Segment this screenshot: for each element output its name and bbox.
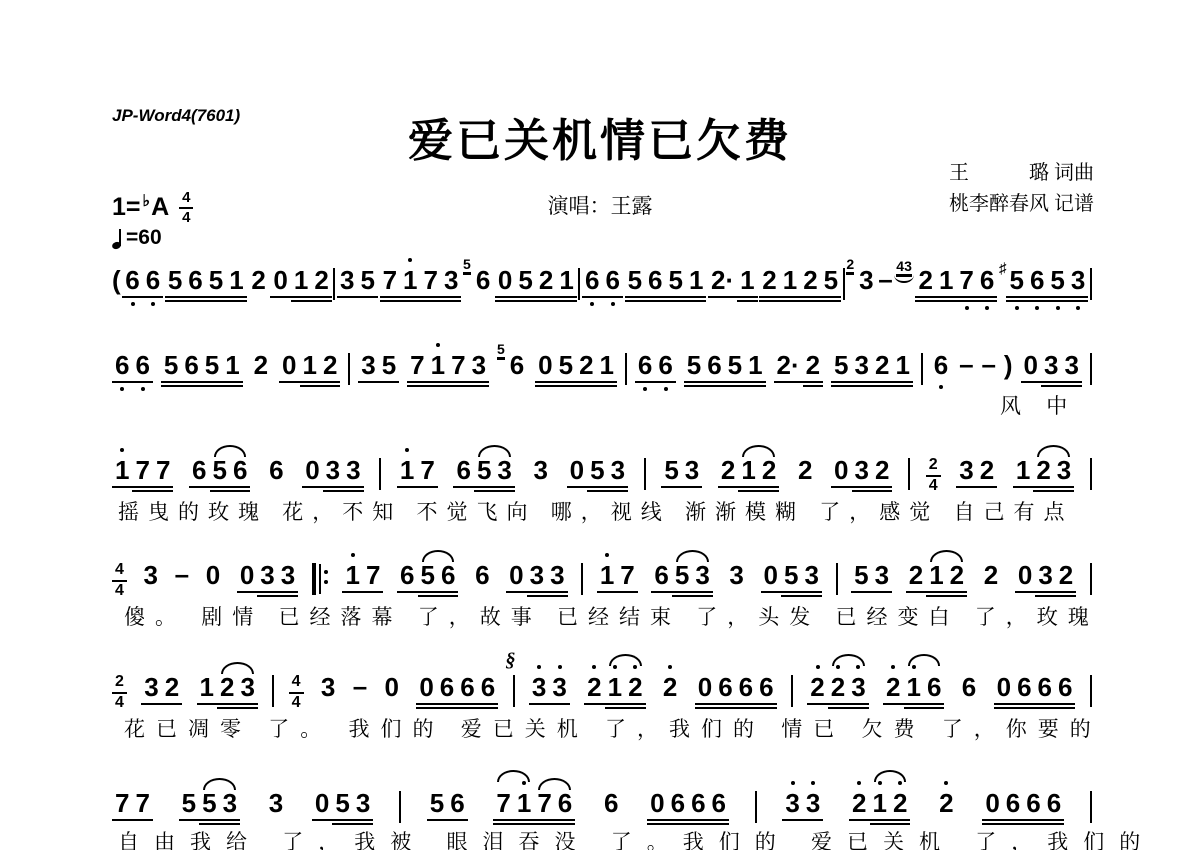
note-group: 2176 xyxy=(915,266,997,294)
note-digit: 3 xyxy=(848,673,868,701)
note-group: 3 xyxy=(531,456,551,484)
note-digit: 0 xyxy=(302,456,322,484)
note-digit: 6 xyxy=(132,351,152,379)
notation-line-3: 17765660331765330535321220322432123 xyxy=(112,436,1092,495)
note-digit: 6 xyxy=(977,266,997,294)
note-group: 32 xyxy=(956,456,997,484)
note: 3 xyxy=(318,673,338,701)
note-group: 2 xyxy=(981,561,1001,589)
note: 7 xyxy=(417,456,437,484)
note-digit: 5 xyxy=(831,351,851,379)
note: 1 xyxy=(780,266,800,294)
note-digit: 0 xyxy=(535,351,555,379)
note-group: 17 xyxy=(342,561,383,589)
note-group: 0666 xyxy=(416,673,498,701)
note-digit: 0 xyxy=(495,266,515,294)
octave-dot-high xyxy=(816,665,820,669)
credit-words-music: 王 璐 词曲 xyxy=(949,158,1094,189)
note-digit: 3 xyxy=(726,561,746,589)
note: 56 xyxy=(497,351,527,379)
note-digit: 1 xyxy=(737,266,757,294)
note-digit: 3 xyxy=(1035,561,1055,589)
note-digit: 1 xyxy=(745,351,765,379)
note-digit: 6 xyxy=(457,673,477,701)
octave-dot-low xyxy=(611,302,615,306)
note: 6 xyxy=(645,266,665,294)
note: 0 xyxy=(270,266,290,294)
note-digit: 6 xyxy=(266,456,286,484)
note-digit: 1 xyxy=(780,266,800,294)
note: 3 xyxy=(692,561,712,589)
octave-dot-low xyxy=(643,387,647,391)
lyrics-line-3: 傻。 剧情 已经落幕 了，故事 已经结束 了，头发 已经变白 了，玫瑰 xyxy=(124,601,1099,631)
note-digit: 1 xyxy=(197,673,217,701)
note: 1 xyxy=(605,673,625,701)
note-group: 3 xyxy=(318,673,338,701)
note: 6 xyxy=(453,456,473,484)
note: 6 xyxy=(655,351,675,379)
parenthesis: ( xyxy=(112,266,121,294)
note: 3 xyxy=(872,561,892,589)
note: 1 xyxy=(222,351,242,379)
octave-dot-high xyxy=(898,781,902,785)
slur: 56 xyxy=(210,456,251,484)
note: 5 xyxy=(781,561,801,589)
note-digit: 3 xyxy=(343,456,363,484)
barline xyxy=(348,353,350,385)
note-group: ♯5653 xyxy=(999,266,1088,294)
note-digit: 6 xyxy=(756,673,776,701)
note: 6 xyxy=(977,266,997,294)
note-group: 56 xyxy=(427,789,468,817)
note-group: 123 xyxy=(197,673,258,701)
note: 0 xyxy=(761,561,781,589)
note: 0 xyxy=(302,456,322,484)
note: 5 xyxy=(625,266,645,294)
note: 3 xyxy=(353,789,373,817)
note-digit: 2 xyxy=(872,456,892,484)
note-digit: 3 xyxy=(531,456,551,484)
note: 0 xyxy=(382,673,402,701)
note-group: 7173 xyxy=(407,351,489,379)
note-group: 2 xyxy=(251,351,271,379)
note: 3 xyxy=(803,789,823,817)
note-digit: 3 xyxy=(141,673,161,701)
note: 3 xyxy=(529,673,549,701)
note: 6 xyxy=(709,789,729,817)
time-signature-top: 4 xyxy=(112,562,127,582)
note-digit: 2 xyxy=(576,351,596,379)
note-group: 212 xyxy=(849,789,910,817)
note-digit: 1 xyxy=(605,673,625,701)
note-digit: 5 xyxy=(672,561,692,589)
slur: 53 xyxy=(199,789,240,817)
note-group: 653 xyxy=(453,456,514,484)
note-digit: 3 xyxy=(856,266,876,294)
note-digit: 6 xyxy=(736,673,756,701)
note-digit: 5 xyxy=(206,266,226,294)
note-digit: 3 xyxy=(353,789,373,817)
note: 2 xyxy=(625,673,645,701)
note-group: 033 xyxy=(506,561,567,589)
note-group: 56 xyxy=(463,266,493,294)
note-digit: 6 xyxy=(112,351,132,379)
barline xyxy=(791,675,793,707)
note-digit: 3 xyxy=(266,789,286,817)
note-digit: 6 xyxy=(645,266,665,294)
note-digit: 1 xyxy=(291,266,311,294)
octave-dot-high xyxy=(944,781,948,785)
octave-dot-low xyxy=(141,387,145,391)
note: 2 xyxy=(936,789,956,817)
note-group: 66 xyxy=(582,266,623,294)
note-digit: 7 xyxy=(448,351,468,379)
note: 3 xyxy=(343,456,363,484)
lyrics-line-2: 摇曳的玫瑰 花，不知 不觉飞向 哪，视线 渐渐模糊 了，感觉 自己有点 xyxy=(118,496,1074,526)
note-digit: 6 xyxy=(655,351,675,379)
note: 5 xyxy=(418,561,438,589)
octave-dot-high xyxy=(668,665,672,669)
segno-icon: § xyxy=(506,649,516,672)
note: 6 xyxy=(112,351,132,379)
note: 3 xyxy=(848,673,868,701)
note: 3 xyxy=(531,456,551,484)
note: 3 xyxy=(257,561,277,589)
note: 2 xyxy=(718,456,738,484)
note: 7 xyxy=(956,266,976,294)
note: 0 xyxy=(982,789,1002,817)
note: 23 xyxy=(846,266,876,294)
note-group: 32 xyxy=(141,673,182,701)
note-group: 2 xyxy=(936,789,956,817)
note-digit: 3 xyxy=(852,456,872,484)
note-digit: 5 xyxy=(851,561,871,589)
note-digit: 0 xyxy=(279,351,299,379)
note-digit: 5 xyxy=(210,456,230,484)
note-digit: 6 xyxy=(602,266,622,294)
time-signature: 44 xyxy=(112,562,127,600)
note-digit: 6 xyxy=(230,456,250,484)
note-group: 656 xyxy=(397,561,458,589)
note: 6 xyxy=(601,789,621,817)
note: 5 xyxy=(1047,266,1067,294)
note: 3 xyxy=(608,456,628,484)
note: 3 xyxy=(547,561,567,589)
note: 7 xyxy=(132,789,152,817)
note: 5 xyxy=(831,351,851,379)
note: 1 xyxy=(870,789,890,817)
note-digit: 6 xyxy=(931,351,951,379)
note-group: 53 xyxy=(661,456,702,484)
note: 3 xyxy=(801,561,821,589)
note-group: 012 xyxy=(270,266,331,294)
note-digit: 5 xyxy=(625,266,645,294)
note: 2 xyxy=(872,351,892,379)
slur: 23 xyxy=(1033,456,1074,484)
barline xyxy=(333,268,335,300)
note-digit: 6 xyxy=(1044,789,1064,817)
note: 6 xyxy=(555,789,575,817)
note-group: 212 xyxy=(718,456,779,484)
notation-line-4: 443–0033176566033176533053532122032 xyxy=(112,541,1092,600)
note-group: 053 xyxy=(312,789,373,817)
note-digit: 6 xyxy=(143,266,163,294)
note: 6 xyxy=(715,673,735,701)
octave-dot-low xyxy=(939,385,943,389)
note-digit: 6 xyxy=(704,351,724,379)
note: 2 xyxy=(800,266,820,294)
barline xyxy=(1090,791,1092,823)
note: 0 xyxy=(831,456,851,484)
note-digit: 1 xyxy=(226,266,246,294)
note-group: 35 xyxy=(337,266,378,294)
note-group: 0 xyxy=(382,673,402,701)
note: 3 xyxy=(1068,266,1088,294)
note-digit: 6 xyxy=(555,789,575,817)
barline xyxy=(581,563,583,595)
duration-dash: – xyxy=(878,265,892,293)
note-group: 216 xyxy=(883,673,944,701)
note: 6 xyxy=(736,673,756,701)
note: 2 xyxy=(915,266,935,294)
note: 5 xyxy=(587,456,607,484)
note-digit: 5 xyxy=(821,266,841,294)
octave-dot-low xyxy=(590,302,594,306)
octave-dot-high xyxy=(857,781,861,785)
note-digit: 0 xyxy=(1015,561,1035,589)
note-digit: 7 xyxy=(956,266,976,294)
note: 0 xyxy=(416,673,436,701)
note-digit: 7 xyxy=(617,561,637,589)
note-group: 0521 xyxy=(495,266,577,294)
note-digit: 3 xyxy=(323,456,343,484)
note-digit: 6 xyxy=(447,789,467,817)
note: 3 xyxy=(220,789,240,817)
note-digit: 3 xyxy=(1061,351,1081,379)
octave-dot-high xyxy=(120,448,124,452)
note: 5 xyxy=(821,266,841,294)
time-signature: 24 xyxy=(112,674,127,712)
note: 3 xyxy=(494,456,514,484)
barline xyxy=(399,791,401,823)
note-group: 012 xyxy=(279,351,340,379)
note-digit: 5 xyxy=(587,456,607,484)
note: 6 xyxy=(1035,673,1055,701)
note-group: 0666 xyxy=(994,673,1076,701)
octave-dot-high xyxy=(351,553,355,557)
note: 3 xyxy=(1061,351,1081,379)
note: 2 xyxy=(311,266,331,294)
note: 6 xyxy=(457,673,477,701)
note-digit: 1 xyxy=(222,351,242,379)
note-group: 5651 xyxy=(625,266,707,294)
note-digit: 7 xyxy=(153,456,173,484)
note-digit: 6 xyxy=(473,266,493,294)
note-group: 053 xyxy=(761,561,822,589)
note: 6 xyxy=(437,673,457,701)
notation-line-2: 66565120123571735605216656512·253216––)0… xyxy=(112,331,1092,385)
note: 2 xyxy=(251,351,271,379)
lyrics-line-1: 风 中 xyxy=(1000,390,1077,420)
note-digit: 6 xyxy=(189,456,209,484)
note: 0 xyxy=(535,351,555,379)
note: 3 xyxy=(441,266,461,294)
note-digit: 3 xyxy=(220,789,240,817)
note-digit: 0 xyxy=(270,266,290,294)
note-group: 6 xyxy=(931,351,951,379)
note: 56 xyxy=(463,266,493,294)
note: 5 xyxy=(474,456,494,484)
note-digit: 7 xyxy=(363,561,383,589)
key-signature: 1=♭A 4 4 xyxy=(112,190,193,226)
octave-dot-high xyxy=(836,665,840,669)
note-digit: 5 xyxy=(379,351,399,379)
note-digit: 0 xyxy=(761,561,781,589)
note: 2 xyxy=(890,789,910,817)
note: 3 xyxy=(682,456,702,484)
note-digit: 6 xyxy=(715,673,735,701)
note-digit: 6 xyxy=(582,266,602,294)
note: 1 xyxy=(597,561,617,589)
note-group: 212 xyxy=(906,561,967,589)
note-digit: 6 xyxy=(709,789,729,817)
note-digit: 3 xyxy=(692,561,712,589)
note-group: 66 xyxy=(635,351,676,379)
note: 1 xyxy=(892,351,912,379)
note-digit: 7 xyxy=(132,456,152,484)
note: 2 xyxy=(883,673,903,701)
note-digit: 3 xyxy=(682,456,702,484)
note: 0 xyxy=(495,266,515,294)
note-group: 17 xyxy=(397,456,438,484)
note-digit: 3 xyxy=(527,561,547,589)
note-digit: 0 xyxy=(695,673,715,701)
octave-dot-high xyxy=(558,665,562,669)
note-digit: 0 xyxy=(567,456,587,484)
note-digit: 0 xyxy=(994,673,1014,701)
octave-dot-low xyxy=(120,387,124,391)
note: 5 xyxy=(179,789,199,817)
note: 5 xyxy=(666,266,686,294)
note-digit: 3 xyxy=(956,456,976,484)
note-group: 6 xyxy=(959,673,979,701)
note-digit: 3 xyxy=(141,561,161,589)
note-group: 17 xyxy=(597,561,638,589)
note: ♯5 xyxy=(999,266,1027,294)
slur: 12 xyxy=(870,789,911,817)
note-digit: 5 xyxy=(1047,266,1067,294)
meter-numerator: 4 xyxy=(179,190,193,209)
note: 5 xyxy=(202,351,222,379)
note: 6 xyxy=(651,561,671,589)
octave-dot-low xyxy=(965,306,969,310)
note-digit: 1 xyxy=(112,456,132,484)
note-group: 7173 xyxy=(380,266,462,294)
note: 2 xyxy=(576,351,596,379)
note: 6 xyxy=(132,351,152,379)
key-tonic: A xyxy=(151,193,169,222)
note-digit: 2 xyxy=(759,266,779,294)
note-group: 2 xyxy=(795,456,815,484)
note-group: 2 xyxy=(660,673,680,701)
octave-dot-high xyxy=(605,553,609,557)
note: 5 xyxy=(206,266,226,294)
note-digit: 3 xyxy=(337,266,357,294)
note: 2 xyxy=(906,561,926,589)
note: 1 xyxy=(300,351,320,379)
note-group: 6 xyxy=(266,456,286,484)
meter-signature: 4 4 xyxy=(179,190,193,226)
note: 5 xyxy=(165,266,185,294)
note: 6 xyxy=(478,673,498,701)
note: 1 xyxy=(738,456,758,484)
duration-dash: – xyxy=(982,350,996,378)
note: 5 xyxy=(661,456,681,484)
note-digit: 6 xyxy=(651,561,671,589)
barline xyxy=(1090,458,1092,490)
note-digit: 6 xyxy=(1003,789,1023,817)
note: 0 xyxy=(695,673,715,701)
note-digit: 0 xyxy=(416,673,436,701)
note-digit: 2 xyxy=(936,789,956,817)
note-group: 3 xyxy=(266,789,286,817)
note-digit: 5 xyxy=(165,266,185,294)
note-digit: 5 xyxy=(357,266,377,294)
note-digit: 6 xyxy=(924,673,944,701)
note-digit: 7 xyxy=(407,351,427,379)
note-digit: 6 xyxy=(1014,673,1034,701)
note-digit: 2 xyxy=(660,673,680,701)
note: 7 xyxy=(132,456,152,484)
note-digit: 1 xyxy=(597,351,617,379)
note-digit: 5 xyxy=(427,789,447,817)
note-group: 33 xyxy=(782,789,823,817)
note-digit: 3 xyxy=(549,673,569,701)
note-digit: 7 xyxy=(380,266,400,294)
octave-dot-high xyxy=(633,665,637,669)
note: 3 xyxy=(726,561,746,589)
note: 2 xyxy=(849,789,869,817)
note-group: 0 xyxy=(203,561,223,589)
note-digit: 6 xyxy=(122,266,142,294)
time-signature-bottom: 4 xyxy=(115,694,124,712)
note-digit: 0 xyxy=(237,561,257,589)
note: 3 xyxy=(782,789,802,817)
note: 6 xyxy=(1003,789,1023,817)
note-digit: 6 xyxy=(478,673,498,701)
note-digit: 7 xyxy=(421,266,441,294)
note: 1 xyxy=(514,789,534,817)
note-group: 0666 xyxy=(647,789,729,817)
octave-dot-low xyxy=(1056,306,1060,310)
note: 6 xyxy=(1023,789,1043,817)
octave-dot-low xyxy=(985,306,989,310)
note: 6 xyxy=(397,561,417,589)
note-digit: 5 xyxy=(661,456,681,484)
note: 5 xyxy=(851,561,871,589)
note: 3 xyxy=(323,456,343,484)
note: 0 xyxy=(203,561,223,589)
note-group: 2·2 xyxy=(774,351,824,379)
note-digit: 5 xyxy=(418,561,438,589)
note: 5 xyxy=(210,456,230,484)
note-group: 0666 xyxy=(695,673,777,701)
note-group: 23 xyxy=(846,266,876,294)
barline xyxy=(1090,268,1092,300)
note-digit: 3 xyxy=(803,789,823,817)
note-digit: 7 xyxy=(534,789,554,817)
note: 6 xyxy=(635,351,655,379)
